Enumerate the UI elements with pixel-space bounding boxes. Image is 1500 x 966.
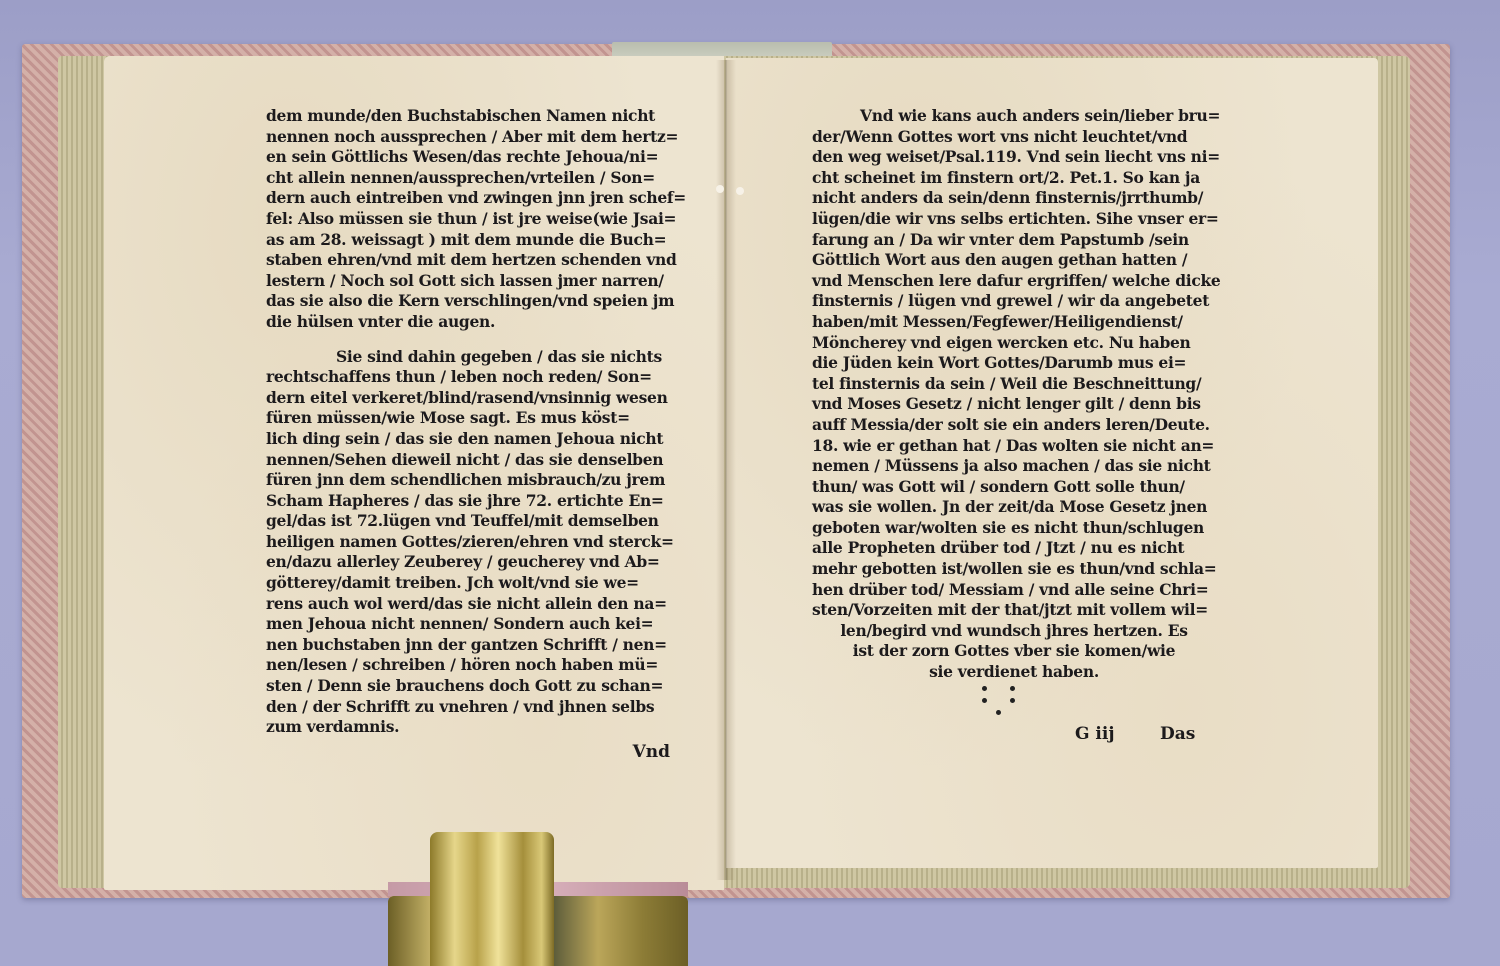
text-line: gel/das ist 72.lügen vnd Teuffel/mit dem… — [266, 511, 671, 532]
text-line: den / der Schrifft zu vnehren / vnd jhne… — [266, 697, 671, 718]
text-line: der/Wenn Gottes wort vns nicht leuchtet/… — [812, 127, 1216, 148]
text-line: götterey/damit treiben. Jch wolt/vnd sie… — [266, 573, 671, 594]
signature-mark: G iij — [1075, 724, 1115, 744]
left-paragraph-2: Sie sind dahin gegeben / das sie nichts … — [266, 347, 671, 738]
text-line: sten/Vorzeiten mit der that/jtzt mit vol… — [812, 600, 1216, 621]
text-line: cht scheinet im finstern ort/2. Pet.1. S… — [812, 168, 1216, 189]
text-line: sten / Denn sie brauchens doch Gott zu s… — [266, 676, 671, 697]
text-line: as am 28. weissagt ) mit dem munde die B… — [266, 230, 671, 251]
left-catchword: Vnd — [560, 742, 670, 762]
right-catchword: Das — [1160, 724, 1195, 744]
text-line: nen buchstaben jnn der gantzen Schrifft … — [266, 635, 671, 656]
text-line: zum verdamnis. — [266, 717, 671, 738]
text-line: 18. wie er gethan hat / Das wolten sie n… — [812, 436, 1216, 457]
binding-hole — [716, 185, 724, 193]
text-line: alle Propheten drüber tod / Jtzt / nu es… — [812, 538, 1216, 559]
text-line: lich ding sein / das sie den namen Jehou… — [266, 429, 671, 450]
text-line: len/begird vnd wundsch jhres hertzen. Es — [812, 621, 1216, 642]
text-line: mehr gebotten ist/wollen sie es thun/vnd… — [812, 559, 1216, 580]
text-line: nen/lesen / schreiben / hören noch haben… — [266, 655, 671, 676]
left-page-text: dem munde/den Buchstabischen Namen nicht… — [266, 106, 671, 738]
text-line: thun/ was Gott wil / sondern Gott solle … — [812, 477, 1216, 498]
text-line: finsternis / lügen vnd grewel / wir da a… — [812, 291, 1216, 312]
text-line: hen drüber tod/ Messiam / vnd alle seine… — [812, 580, 1216, 601]
text-line: das sie also die Kern verschlingen/vnd s… — [266, 291, 671, 312]
book-gutter — [716, 60, 736, 880]
text-line: die hülsen vnter die augen. — [266, 312, 671, 333]
text-line: nemen / Müssens ja also machen / das sie… — [812, 456, 1216, 477]
text-line: en/dazu allerley Zeuberey / geucherey vn… — [266, 552, 671, 573]
text-line: cht allein nennen/aussprechen/vrteilen /… — [266, 168, 671, 189]
text-line: auff Messia/der solt sie ein anders lere… — [812, 415, 1216, 436]
left-paragraph-1: dem munde/den Buchstabischen Namen nicht… — [266, 106, 671, 333]
binding-hole — [736, 187, 744, 195]
text-line: die Jüden kein Wort Gottes/Darumb mus ei… — [812, 353, 1216, 374]
text-line: Vnd wie kans auch anders sein/lieber bru… — [812, 106, 1216, 127]
text-line: dern eitel verkeret/blind/rasend/vnsinni… — [266, 388, 671, 409]
text-line: geboten war/wolten sie es nicht thun/sch… — [812, 518, 1216, 539]
typographic-ornament — [970, 684, 1050, 724]
text-line: tel finsternis da sein / Weil die Beschn… — [812, 374, 1216, 395]
text-line: nennen/Sehen dieweil nicht / das sie den… — [266, 450, 671, 471]
brass-page-clip — [430, 832, 554, 966]
text-line: staben ehren/vnd mit dem hertzen schende… — [266, 250, 671, 271]
text-line: nennen noch aussprechen / Aber mit dem h… — [266, 127, 671, 148]
text-line: dem munde/den Buchstabischen Namen nicht — [266, 106, 671, 127]
text-line: vnd Menschen lere dafur ergriffen/ welch… — [812, 271, 1216, 292]
text-line: rechtschaffens thun / leben noch reden/ … — [266, 367, 671, 388]
text-line: sie verdienet haben. — [812, 662, 1216, 683]
text-line: Scham Hapheres / das sie jhre 72. ertich… — [266, 491, 671, 512]
text-line: vnd Moses Gesetz / nicht lenger gilt / d… — [812, 394, 1216, 415]
right-paragraph-1: Vnd wie kans auch anders sein/lieber bru… — [812, 106, 1216, 621]
text-line: fel: Also müssen sie thun / ist jre weis… — [266, 209, 671, 230]
text-line: haben/mit Messen/Fegfewer/Heiligendienst… — [812, 312, 1216, 333]
text-line: dern auch eintreiben vnd zwingen jnn jre… — [266, 188, 671, 209]
right-page-text: Vnd wie kans auch anders sein/lieber bru… — [812, 106, 1216, 683]
text-line: lestern / Noch sol Gott sich lassen jmer… — [266, 271, 671, 292]
text-line: den weg weiset/Psal.119. Vnd sein liecht… — [812, 147, 1216, 168]
text-line: füren müssen/wie Mose sagt. Es mus köst= — [266, 408, 671, 429]
text-line: nicht anders da sein/denn finsternis/jrr… — [812, 188, 1216, 209]
text-line: heiligen namen Gottes/zieren/ehren vnd s… — [266, 532, 671, 553]
text-line: Möncherey vnd eigen wercken etc. Nu habe… — [812, 333, 1216, 354]
right-closing-lines: len/begird vnd wundsch jhres hertzen. Es… — [812, 621, 1216, 683]
text-line: lügen/die wir vns selbs ertichten. Sihe … — [812, 209, 1216, 230]
text-line: rens auch wol werd/das sie nicht allein … — [266, 594, 671, 615]
text-line: füren jnn dem schendlichen misbrauch/zu … — [266, 470, 671, 491]
text-line: Sie sind dahin gegeben / das sie nichts — [266, 347, 671, 368]
text-line: ist der zorn Gottes vber sie komen/wie — [812, 641, 1216, 662]
text-line: men Jehoua nicht nennen/ Sondern auch ke… — [266, 614, 671, 635]
text-line: was sie wollen. Jn der zeit/da Mose Gese… — [812, 497, 1216, 518]
text-line: farung an / Da wir vnter dem Papstumb /s… — [812, 230, 1216, 251]
text-line: Göttlich Wort aus den augen gethan hatte… — [812, 250, 1216, 271]
text-line: en sein Göttlichs Wesen/das rechte Jehou… — [266, 147, 671, 168]
